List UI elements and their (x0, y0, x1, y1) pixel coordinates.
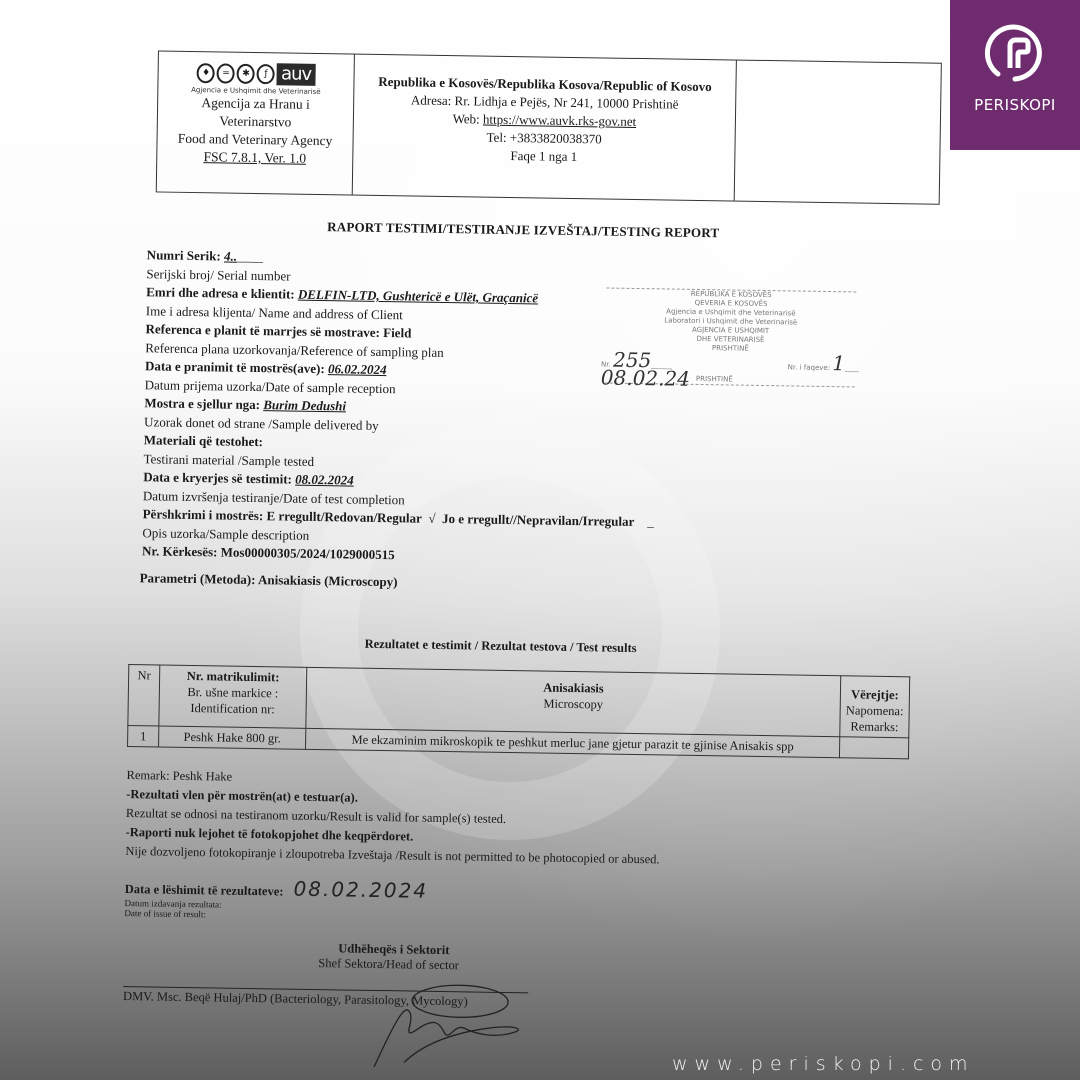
web-label: Web: (453, 111, 484, 126)
stamp-date-value: 08.02.24 (601, 373, 690, 383)
field-label: Data e kryerjes së testimit: (143, 469, 295, 486)
republic-block: Republika e Kosovës/Republika Kosova/Rep… (353, 55, 737, 201)
col-identification: Nr. matrikulimit: Br. ušne markice : Ide… (159, 665, 307, 728)
header-empty-cell (735, 61, 941, 204)
header-line: Napomena: (844, 702, 906, 719)
field-value: Mos00000305/2024/1029000515 (221, 544, 395, 562)
field-label: Emri dhe adresa e klientit: (146, 284, 298, 301)
periskopi-logo-icon (984, 22, 1046, 84)
website-url[interactable]: www.periskopi.com (672, 1053, 975, 1075)
periskopi-brand-badge[interactable]: PERISKOPI (950, 0, 1080, 150)
header-line: Identification nr: (163, 700, 303, 718)
agency-logo-text: auv (277, 63, 315, 86)
cell-remarks (839, 737, 908, 759)
issue-date-label: Data e lëshimit të rezultateve: (125, 882, 284, 898)
irregular-option: Jo e rregullt//Nepravilan/Irregular (442, 511, 635, 529)
agency-logo: ♦ = ✱ ƒ auv (158, 61, 353, 86)
stamp-city: PRISHTINË (696, 375, 733, 385)
field-value: 08.02.2024 (295, 472, 354, 488)
animal-icon: ✱ (237, 64, 255, 84)
registry-stamp: REPUBLIKA E KOSOVËS QEVERIA E KOSOVËS Ag… (594, 287, 866, 411)
drop-icon: ♦ (197, 63, 215, 83)
issue-date-value: 08.02.2024 (293, 877, 428, 903)
header-line: Remarks: (843, 718, 905, 735)
stamp-pages-value: 1 (832, 351, 845, 375)
results-table: Nr Nr. matrikulimit: Br. ušne markice : … (127, 664, 910, 759)
issue-date-block: Data e lëshimit të rezultateve:08.02.202… (124, 874, 428, 923)
test-parameter: Parametri (Metoda): Anisakiasis (Microsc… (140, 570, 398, 590)
field-value: Burim Dedushi (263, 397, 346, 413)
web-link[interactable]: https://www.auvk.rks-gov.net (483, 112, 636, 129)
cell-identification: Peshk Hake 800 gr. (159, 726, 306, 749)
report-title: RAPORT TESTIMI/TESTIRANJE IZVEŠTAJ/TESTI… (327, 219, 719, 241)
regular-option: E rregullt/Redovan/Regular (266, 508, 422, 525)
fish-icon: = (217, 63, 235, 83)
field-value: 06.02.2024 (328, 361, 387, 377)
handwritten-signature-icon (364, 982, 545, 1075)
report-fields: Numri Serik: 4..____ Serijski broj/ Seri… (142, 246, 658, 568)
plant-icon: ƒ (257, 64, 275, 84)
field-label: Data e pranimit të mostrës(ave): (145, 358, 328, 376)
field-label: Mostra e sjellur nga: (144, 395, 263, 412)
report-notes: Remark: Peshk Hake -Rezultati vlen për m… (125, 766, 661, 869)
field-label: Nr. Kërkesës: (142, 543, 221, 559)
field-label: Referenca e planit të marrjes së mostrav… (145, 321, 383, 340)
brand-name: PERISKOPI (974, 96, 1056, 114)
field-value: Field (383, 325, 411, 340)
header-line: Vërejtje: (844, 686, 906, 703)
testing-report-document: ♦ = ✱ ƒ auv Agjencia e Ushqimit dhe Vete… (115, 48, 950, 1041)
col-remarks: Vërejtje: Napomena: Remarks: (840, 676, 910, 738)
cell-nr: 1 (128, 726, 159, 747)
stamp-pages-label: Nr. i faqeve: (788, 363, 831, 372)
field-label: Numri Serik: (147, 247, 225, 263)
field-value: DELFIN-LTD, Gushtericë e Ulët, Graçanicë (298, 287, 538, 306)
check-mark-icon: √ (428, 511, 435, 526)
form-code: FSC 7.8.1, Ver. 1.0 (157, 147, 352, 168)
document-header: ♦ = ✱ ƒ auv Agjencia e Ushqimit dhe Vete… (156, 50, 942, 204)
results-title: Rezultatet e testimit / Rezultat testova… (365, 637, 637, 656)
field-label: Përshkrimi i mostrës: (143, 506, 267, 523)
agency-block: ♦ = ✱ ƒ auv Agjencia e Ushqimit dhe Vete… (157, 51, 355, 194)
col-nr: Nr (128, 665, 160, 726)
agency-line: Food and Veterinary Agency (157, 129, 352, 150)
field-value: 4.. (224, 249, 237, 264)
col-method: Anisakiasis Microscopy (306, 667, 841, 736)
